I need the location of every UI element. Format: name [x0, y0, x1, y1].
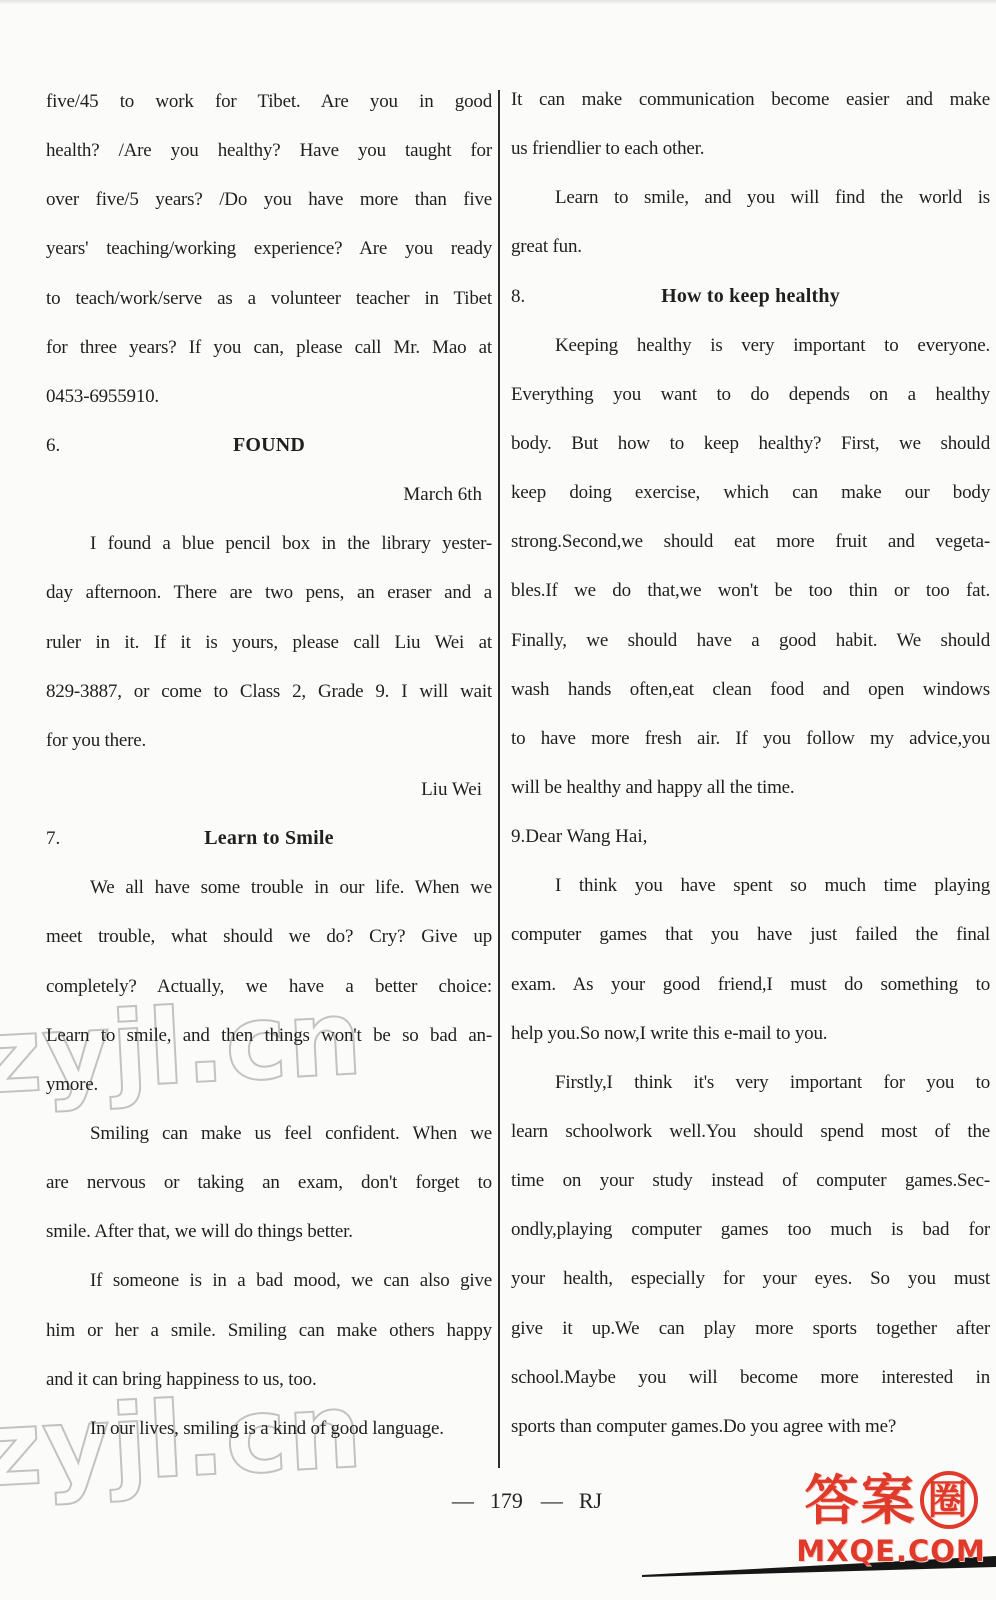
answer-logo: 答案圈 MXQE.COM — [788, 1470, 994, 1568]
scanned-answer-page: zyjl.cn zyjl.cn five/45 to work for Tibe… — [0, 0, 996, 1600]
paragraph: Smiling can make us feel confident. When… — [46, 1109, 492, 1256]
salutation-line: 9.Dear Wang Hai, — [511, 812, 990, 861]
passage-line: Finally, we should have a good habit. We… — [511, 616, 990, 665]
passage-line: Keeping healthy is very important to eve… — [511, 321, 990, 370]
passage-line: exam. As your good friend,I must do some… — [511, 960, 990, 1009]
passage-line: I think you have spent so much time play… — [511, 861, 990, 910]
page-number: 179 — [490, 1488, 523, 1514]
passage-line: for you there. — [46, 716, 492, 765]
passage-line: over five/5 years? /Do you have more tha… — [46, 175, 492, 224]
logo-url: MXQE.COM — [788, 1534, 994, 1568]
edition-label: RJ — [579, 1488, 602, 1514]
passage-line: computer games that you have just failed… — [511, 910, 990, 959]
passage-line: great fun. — [511, 222, 990, 271]
paragraph: I think you have spent so much time play… — [511, 861, 990, 1058]
logo-title-text: 答案 — [805, 1469, 917, 1532]
passage-line: ondly,playing computer games too much is… — [511, 1205, 990, 1254]
logo-title: 答案圈 — [788, 1470, 994, 1532]
passage-line: I found a blue pencil box in the library… — [46, 519, 492, 568]
passage-line: Everything you want to do depends on a h… — [511, 370, 990, 419]
passage-line: wash hands often,eat clean food and open… — [511, 665, 990, 714]
passage-line: Firstly,I think it's very important for … — [511, 1058, 990, 1107]
passage-line: five/45 to work for Tibet. Are you in go… — [46, 77, 492, 126]
passage-line: Learn to smile, and then things won't be… — [46, 1011, 492, 1060]
section-number: 8. — [511, 272, 525, 321]
footer-dash: — — [452, 1488, 472, 1514]
passage-line: school.Maybe you will become more intere… — [511, 1353, 990, 1402]
paragraph: I found a blue pencil box in the library… — [46, 519, 492, 765]
section-title: Learn to Smile — [204, 827, 333, 849]
passage-line: 829-3887, or come to Class 2, Grade 9. I… — [46, 667, 492, 716]
passage-line: give it up.We can play more sports toget… — [511, 1304, 990, 1353]
passage-line: help you.So now,I write this e-mail to y… — [511, 1009, 990, 1058]
section-title: How to keep healthy — [661, 285, 840, 307]
passage-line: Smiling can make us feel confident. When… — [46, 1109, 492, 1158]
passage-line: to have more fresh air. If you follow my… — [511, 714, 990, 763]
section-heading: 6.FOUND — [46, 421, 492, 470]
passage-line: for three years? If you can, please call… — [46, 323, 492, 372]
passage-line: keep doing exercise, which can make our … — [511, 468, 990, 517]
passage-line: us friendlier to each other. — [511, 124, 990, 173]
passage-line: day afternoon. There are two pens, an er… — [46, 568, 492, 617]
section-heading: 8.How to keep healthy — [511, 272, 990, 321]
passage-line: your health, especially for your eyes. S… — [511, 1254, 990, 1303]
passage-line: will be healthy and happy all the time. — [511, 763, 990, 812]
paragraph: Keeping healthy is very important to eve… — [511, 321, 990, 812]
scan-edge-artifact — [0, 0, 996, 5]
passage-line: We all have some trouble in our life. Wh… — [46, 863, 492, 912]
paragraph: five/45 to work for Tibet. Are you in go… — [46, 77, 492, 421]
paragraph: Firstly,I think it's very important for … — [511, 1058, 990, 1451]
paragraph: It can make communication become easier … — [511, 75, 990, 173]
section-title: FOUND — [233, 434, 305, 456]
passage-line: 0453-6955910. — [46, 372, 492, 421]
passage-line: health? /Are you healthy? Have you taugh… — [46, 126, 492, 175]
passage-line: strong.Second,we should eat more fruit a… — [511, 517, 990, 566]
passage-line: completely? Actually, we have a better c… — [46, 962, 492, 1011]
footer-dash: — — [541, 1488, 561, 1514]
passage-line: bles.If we do that,we won't be too thin … — [511, 566, 990, 615]
logo-circle-badge: 圈 — [920, 1471, 978, 1529]
section-heading: 7.Learn to Smile — [46, 814, 492, 863]
passage-line: ymore. — [46, 1060, 492, 1109]
passage-line: smile. After that, we will do things bet… — [46, 1207, 492, 1256]
right-aligned-line: March 6th — [46, 470, 492, 519]
passage-line: If someone is in a bad mood, we can also… — [46, 1256, 492, 1305]
right-column: It can make communication become easier … — [511, 75, 990, 1451]
passage-line: Learn to smile, and you will find the wo… — [511, 173, 990, 222]
passage-line: ruler in it. If it is yours, please call… — [46, 618, 492, 667]
passage-line: years' teaching/working experience? Are … — [46, 224, 492, 273]
passage-line: to teach/work/serve as a volunteer teach… — [46, 274, 492, 323]
paragraph: We all have some trouble in our life. Wh… — [46, 863, 492, 1109]
passage-line: meet trouble, what should we do? Cry? Gi… — [46, 912, 492, 961]
section-number: 7. — [46, 814, 60, 863]
paragraph: In our lives, smiling is a kind of good … — [46, 1404, 492, 1453]
left-column: five/45 to work for Tibet. Are you in go… — [46, 77, 492, 1453]
paragraph: If someone is in a bad mood, we can also… — [46, 1256, 492, 1403]
passage-line: him or her a smile. Smiling can make oth… — [46, 1306, 492, 1355]
right-aligned-line: Liu Wei — [46, 765, 492, 814]
passage-line: and it can bring happiness to us, too. — [46, 1355, 492, 1404]
passage-line: In our lives, smiling is a kind of good … — [46, 1404, 492, 1453]
column-divider — [498, 90, 500, 1468]
passage-line: learn schoolwork well.You should spend m… — [511, 1107, 990, 1156]
paragraph: Learn to smile, and you will find the wo… — [511, 173, 990, 271]
passage-line: It can make communication become easier … — [511, 75, 990, 124]
passage-line: time on your study instead of computer g… — [511, 1156, 990, 1205]
section-number: 6. — [46, 421, 60, 470]
passage-line: sports than computer games.Do you agree … — [511, 1402, 990, 1451]
passage-line: are nervous or taking an exam, don't for… — [46, 1158, 492, 1207]
passage-line: body. But how to keep healthy? First, we… — [511, 419, 990, 468]
